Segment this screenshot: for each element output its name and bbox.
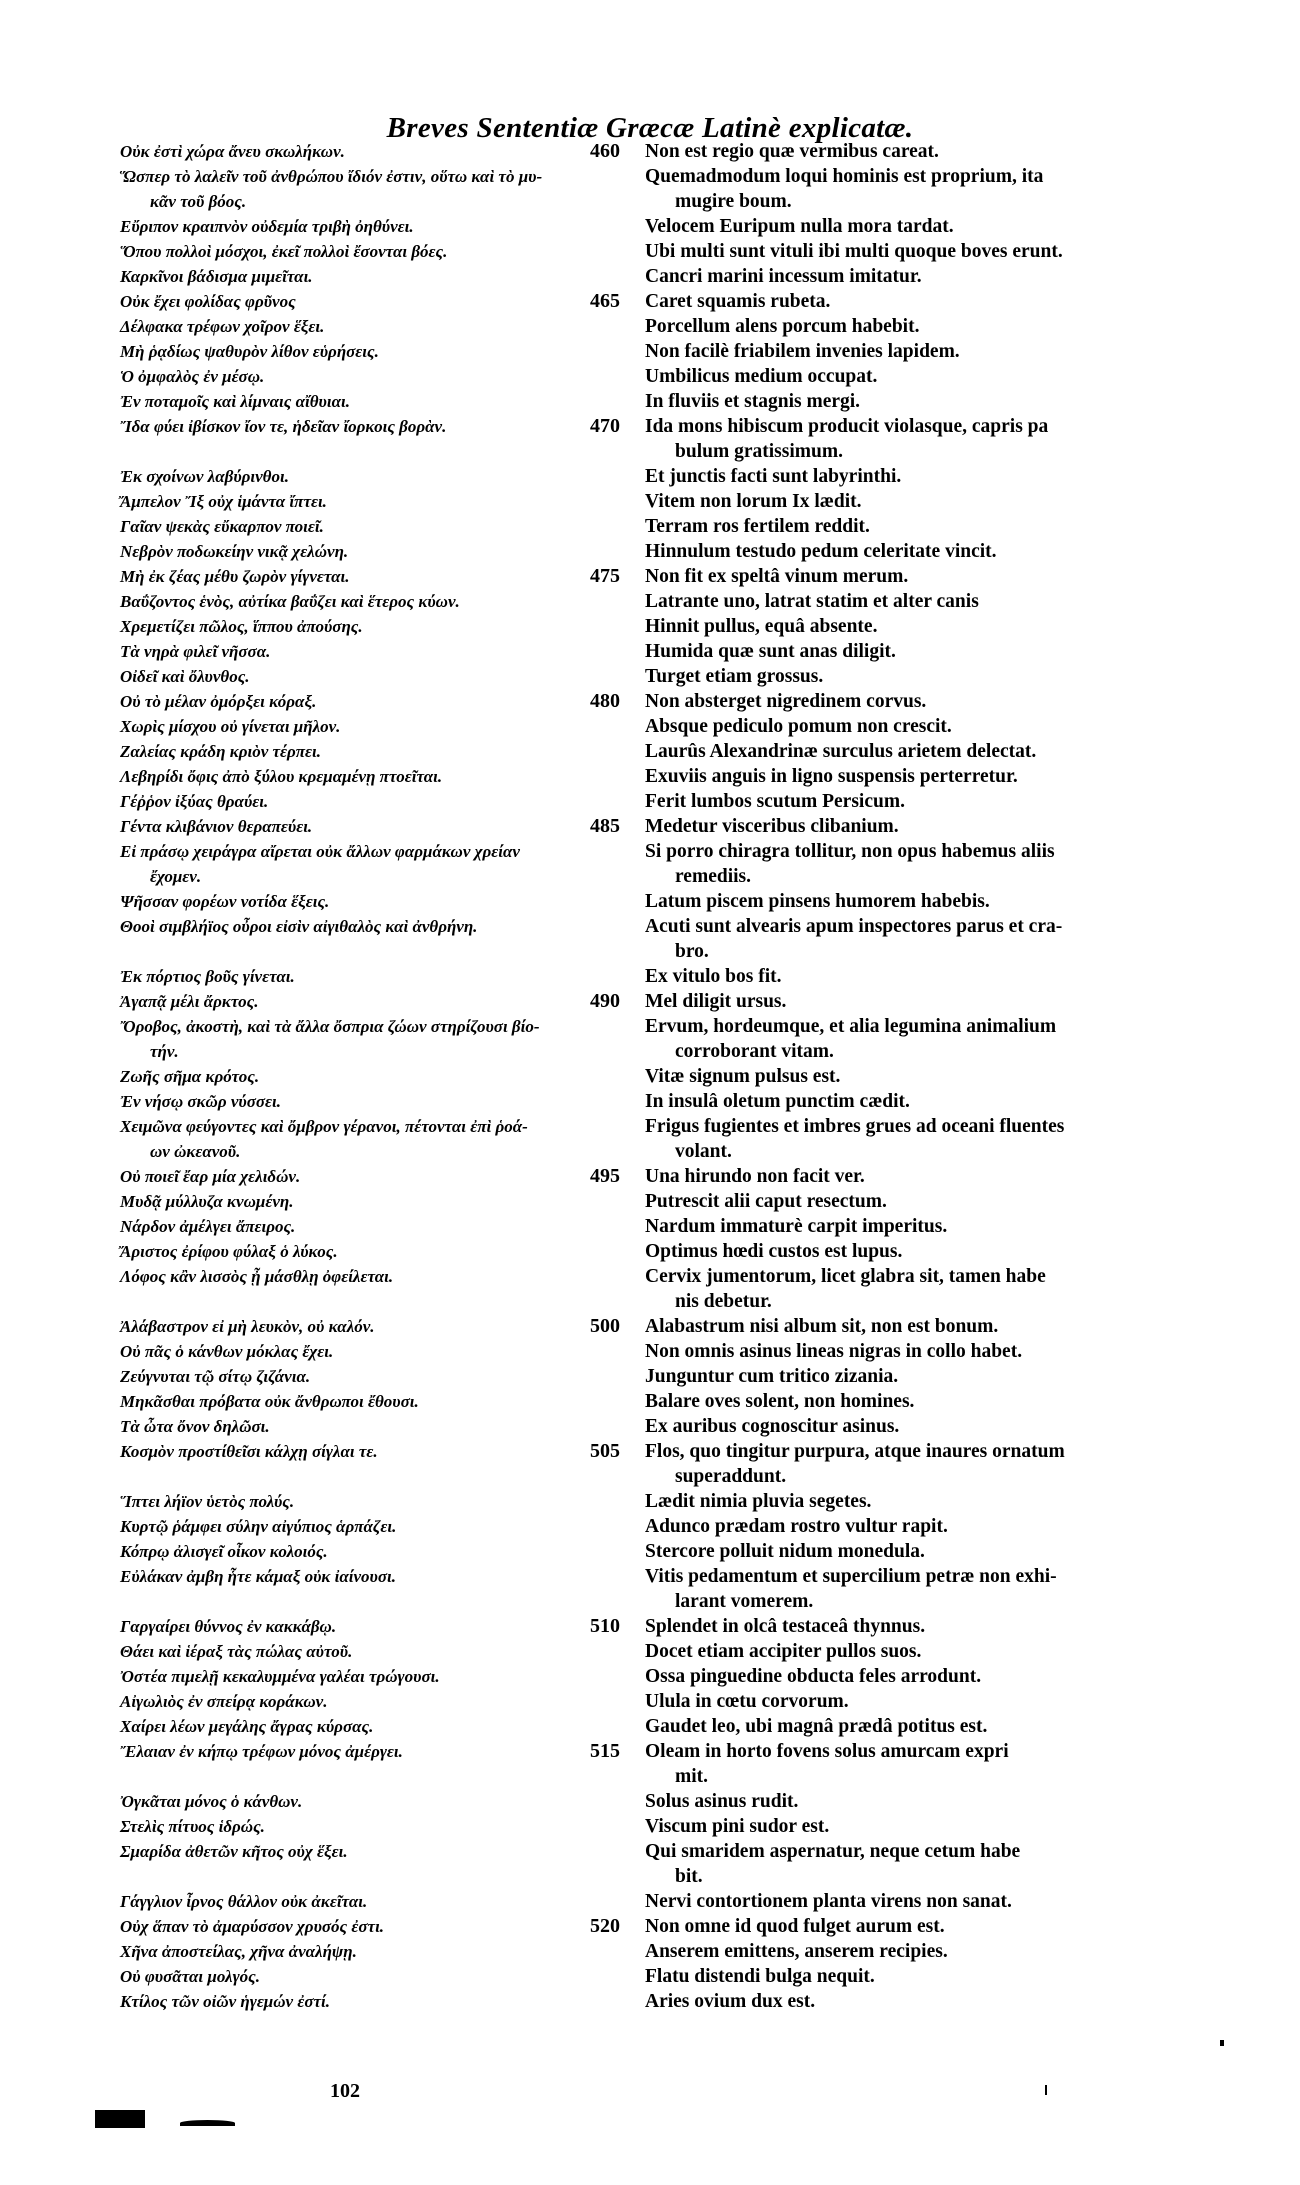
latin-text: superaddunt. [645,1464,1295,1489]
sentence-row: Ἵπτει λήϊον ὑετὸς πολύς.Lædit nimia pluv… [0,1489,1300,1514]
sentence-row: Γαργαίρει θύννος ἐν κακκάβῳ.510Splendet … [0,1614,1300,1639]
latin-text: Non omne id quod fulget aurum est. [645,1914,1265,1939]
greek-text: Ὄροβος, ἀκοστὴ, καὶ τὰ ἄλλα ὄσπρια ζώων … [120,1014,600,1039]
greek-text: Θοοὶ σιμβλήϊος οὖροι εἰσὶν αἰγιθαλὸς καὶ… [120,914,600,939]
line-number: 505 [560,1439,620,1464]
sentence-row: Οὐ τὸ μέλαν ὀμόρξει κόραξ.480Non absterg… [0,689,1300,714]
greek-text: Ἐκ σχοίνων λαβύρινθοι. [120,464,600,489]
greek-text: Χαίρει λέων μεγάλης ἄγρας κύρσας. [120,1714,600,1739]
latin-text: Nardum immaturè carpit imperitus. [645,1214,1265,1239]
latin-text: mugire boum. [645,189,1295,214]
greek-text: Οὐ ποιεῖ ἔαρ μία χελιδών. [120,1164,600,1189]
greek-text: Νάρδον ἀμέλγει ἄπειρος. [120,1214,600,1239]
latin-text: Turget etiam grossus. [645,664,1265,689]
latin-text: Una hirundo non facit ver. [645,1164,1265,1189]
latin-text: Non absterget nigredinem corvus. [645,689,1265,714]
sentence-row: Ζαλείας κράδη κριὸν τέρπει.Laurûs Alexan… [0,739,1300,764]
greek-text: Κόπρῳ ἀλισγεῖ οἶκον κολοιός. [120,1539,600,1564]
scan-artifact [180,2120,235,2126]
greek-text: Κοσμὸν προστίθεῖσι κάλχῃ σίγλαι τε. [120,1439,600,1464]
sentence-row: Μὴ ῥᾳδίως ψαθυρὸν λίθον εὑρήσεις.Non fac… [0,339,1300,364]
latin-text: Humida quæ sunt anas diligit. [645,639,1265,664]
latin-text: bulum gratissimum. [645,439,1295,464]
greek-text: Ἔλαιαν ἐν κήπῳ τρέφων μόνος ἀμέργει. [120,1739,600,1764]
latin-text: Quemadmodum loqui hominis est proprium, … [645,164,1265,189]
sentence-row: Στελὶς πίτυος ἱδρώς.Viscum pini sudor es… [0,1814,1300,1839]
latin-text: Umbilicus medium occupat. [645,364,1265,389]
scan-artifact [95,2110,145,2128]
greek-text: Ζεύγνυται τῷ σίτῳ ζιζάνια. [120,1364,600,1389]
greek-text: Χῆνα ἀποστείλας, χῆνα ἀναλήψῃ. [120,1939,600,1964]
latin-text: larant vomerem. [645,1589,1295,1614]
latin-text: Si porro chiragra tollitur, non opus hab… [645,839,1265,864]
greek-text: Θάει καὶ ἱέραξ τὰς πώλας αὐτοῦ. [120,1639,600,1664]
latin-text: In insulâ oletum punctim cædit. [645,1089,1265,1114]
greek-text: Αἰγωλιὸς ἐν σπείρᾳ κοράκων. [120,1689,600,1714]
sentence-row: Βαΰζοντος ἑνὸς, αὐτίκα βαΰζει καὶ ἕτερος… [0,589,1300,614]
latin-text: Vitis pedamentum et supercilium petræ no… [645,1564,1265,1589]
greek-text: Οὐ πᾶς ὁ κάνθων μόκλας ἔχει. [120,1339,600,1364]
latin-text: Latum piscem pinsens humorem habebis. [645,889,1265,914]
sentence-row: Ζωῆς σῆμα κρότος.Vitæ signum pulsus est. [0,1064,1300,1089]
latin-text: Absque pediculo pomum non crescit. [645,714,1265,739]
sentence-row: Οὐκ ἐστὶ χώρα ἄνευ σκωλήκων.460Non est r… [0,139,1300,164]
greek-text: Ἵπτει λήϊον ὑετὸς πολύς. [120,1489,600,1514]
greek-text: κᾶν τοῦ βόος. [120,189,630,214]
sentence-row: Οἰδεῖ καὶ ὄλυνθος.Turget etiam grossus. [0,664,1300,689]
sentence-row: bit. [0,1864,1300,1889]
greek-text: Ἐκ πόρτιος βοῦς γίνεται. [120,964,600,989]
greek-text: Καρκῖνοι βάδισμα μιμεῖται. [120,264,600,289]
sentence-row: Λεβηρίδι ὄφις ἀπὸ ξύλου κρεμαμένῃ πτοεῖτ… [0,764,1300,789]
sentence-row: Ὀστέα πιμελῇ κεκαλυμμένα γαλέαι τρώγουσι… [0,1664,1300,1689]
sentence-row: Χωρὶς μίσχου οὐ γίνεται μῆλον.Absque ped… [0,714,1300,739]
greek-text: Χειμῶνα φεύγοντες καὶ ὄμβρον γέρανοι, πέ… [120,1114,600,1139]
latin-text: Adunco prædam rostro vultur rapit. [645,1514,1265,1539]
latin-text: Et junctis facti sunt labyrinthi. [645,464,1265,489]
sentence-row: Ἔλαιαν ἐν κήπῳ τρέφων μόνος ἀμέργει.515O… [0,1739,1300,1764]
sentence-row: Ἐκ πόρτιος βοῦς γίνεται.Ex vitulo bos fi… [0,964,1300,989]
greek-text: Τὰ ὦτα ὄνον δηλῶσι. [120,1414,600,1439]
greek-text: Μηκᾶσθαι πρόβατα οὐκ ἄνθρωποι ἔθουσι. [120,1389,600,1414]
greek-text: Ζαλείας κράδη κριὸν τέρπει. [120,739,600,764]
sentence-row: Οὐχ ἅπαν τὸ ἀμαρύσσον χρυσός ἐστι.520Non… [0,1914,1300,1939]
latin-text: Ervum, hordeumque, et alia legumina anim… [645,1014,1265,1039]
sentence-row: ἔχομεν.remediis. [0,864,1300,889]
sentence-row: mit. [0,1764,1300,1789]
line-number: 480 [560,689,620,714]
greek-text: Ἄριστος ἐρίφου φύλαξ ὁ λύκος. [120,1239,600,1264]
sentence-row: Γάγγλιον ἶρνος θάλλον οὐκ ἀκεῖται.Nervi … [0,1889,1300,1914]
greek-text: ων ὠκεανοῦ. [120,1139,630,1164]
sentence-row: Νεβρὸν ποδωκείην νικᾷ χελώνη.Hinnulum te… [0,539,1300,564]
latin-text: Ossa pinguedine obducta feles arrodunt. [645,1664,1265,1689]
latin-text: Optimus hœdi custos est lupus. [645,1239,1265,1264]
sentence-row: Λόφος κἂν λισσὸς ᾖ μάσθλῃ ὀφείλεται.Cerv… [0,1264,1300,1289]
latin-text: Flos, quo tingitur purpura, atque inaure… [645,1439,1265,1464]
sentence-row: Οὐ ποιεῖ ἔαρ μία χελιδών.495Una hirundo … [0,1164,1300,1189]
greek-text: Μὴ ἐκ ζέας μέθυ ζωρὸν γίγνεται. [120,564,600,589]
greek-text: Ὀστέα πιμελῇ κεκαλυμμένα γαλέαι τρώγουσι… [120,1664,600,1689]
sentence-row: Χῆνα ἀποστείλας, χῆνα ἀναλήψῃ.Anserem em… [0,1939,1300,1964]
line-number: 485 [560,814,620,839]
sentence-row: τήν.corroborant vitam. [0,1039,1300,1064]
latin-text: Porcellum alens porcum habebit. [645,314,1265,339]
latin-text: bit. [645,1864,1295,1889]
line-number: 520 [560,1914,620,1939]
sentence-row: Γέντα κλιβάνιον θεραπεύει.485Medetur vis… [0,814,1300,839]
latin-text: Acuti sunt alvearis apum inspectores par… [645,914,1265,939]
latin-text: Cervix jumentorum, licet glabra sit, tam… [645,1264,1265,1289]
line-number: 490 [560,989,620,1014]
sentence-row: Ζεύγνυται τῷ σίτῳ ζιζάνια.Junguntur cum … [0,1364,1300,1389]
greek-text: Ὅπου πολλοὶ μόσχοι, ἐκεῖ πολλοὶ ἔσονται … [120,239,600,264]
greek-text: Δέλφακα τρέφων χοῖρον ἕξει. [120,314,600,339]
greek-text: Ψῆσσαν φορέων νοτίδα ἕξεις. [120,889,600,914]
greek-text: Ὀγκᾶται μόνος ὁ κάνθων. [120,1789,600,1814]
sentence-row: Θάει καὶ ἱέραξ τὰς πώλας αὐτοῦ.Docet eti… [0,1639,1300,1664]
greek-text: Οὐκ ἐστὶ χώρα ἄνευ σκωλήκων. [120,139,600,164]
greek-text: Ζωῆς σῆμα κρότος. [120,1064,600,1089]
greek-text: Κτίλος τῶν οἰῶν ἡγεμών ἐστί. [120,1989,600,2014]
latin-text: Putrescit alii caput resectum. [645,1189,1265,1214]
sentence-row: ων ὠκεανοῦ.volant. [0,1139,1300,1164]
latin-text: Balare oves solent, non homines. [645,1389,1265,1414]
greek-text: Ἀλάβαστρον εἰ μὴ λευκὸν, οὐ καλόν. [120,1314,600,1339]
latin-text: Ex auribus cognoscitur asinus. [645,1414,1265,1439]
sentence-row: Ὀγκᾶται μόνος ὁ κάνθων.Solus asinus rudi… [0,1789,1300,1814]
sentence-row: Τὰ νηρὰ φιλεῖ νῆσσα.Humida quæ sunt anas… [0,639,1300,664]
greek-text: Λεβηρίδι ὄφις ἀπὸ ξύλου κρεμαμένῃ πτοεῖτ… [120,764,600,789]
sentence-row: Ὄροβος, ἀκοστὴ, καὶ τὰ ἄλλα ὄσπρια ζώων … [0,1014,1300,1039]
greek-text: Ὁ ὀμφαλὸς ἐν μέσῳ. [120,364,600,389]
latin-text: Flatu distendi bulga nequit. [645,1964,1265,1989]
latin-text: Junguntur cum tritico zizania. [645,1364,1265,1389]
latin-text: Non fit ex speltâ vinum merum. [645,564,1265,589]
greek-text: Χωρὶς μίσχου οὐ γίνεται μῆλον. [120,714,600,739]
latin-text: Splendet in olcâ testaceâ thynnus. [645,1614,1265,1639]
greek-text: Γαῖαν ψεκὰς εὔκαρπον ποιεῖ. [120,514,600,539]
greek-text: Εὐλάκαν ἀμβη ἧτε κάμαξ οὐκ ἰαίνουσι. [120,1564,600,1589]
latin-text: Stercore polluit nidum monedula. [645,1539,1265,1564]
sentence-row: Σμαρίδα ἀθετῶν κῆτος οὐχ ἕξει.Qui smarid… [0,1839,1300,1864]
latin-text: Non est regio quæ vermibus careat. [645,139,1265,164]
sentence-row: Ἐν νήσῳ σκῶρ νύσσει.In insulâ oletum pun… [0,1089,1300,1114]
sentence-row: Τὰ ὦτα ὄνον δηλῶσι.Ex auribus cognoscitu… [0,1414,1300,1439]
sentence-row: Γέῤῥον ἰξύας θραύει.Ferit lumbos scutum … [0,789,1300,814]
sentence-row: Οὐ φυσᾶται μολγός.Flatu distendi bulga n… [0,1964,1300,1989]
greek-text: Νεβρὸν ποδωκείην νικᾷ χελώνη. [120,539,600,564]
scan-artifact [1045,2085,1047,2095]
latin-text: Medetur visceribus clibanium. [645,814,1265,839]
latin-text: Gaudet leo, ubi magnâ prædâ potitus est. [645,1714,1265,1739]
latin-text: mit. [645,1764,1295,1789]
sentence-row: Χειμῶνα φεύγοντες καὶ ὄμβρον γέρανοι, πέ… [0,1114,1300,1139]
latin-text: Docet etiam accipiter pullos suos. [645,1639,1265,1664]
latin-text: Terram ros fertilem reddit. [645,514,1265,539]
greek-text: Γάγγλιον ἶρνος θάλλον οὐκ ἀκεῖται. [120,1889,600,1914]
sentence-row: Χρεμετίζει πῶλος, ἵππου ἀπούσης.Hinnit p… [0,614,1300,639]
greek-text: Εἰ πράσῳ χειράγρα αἴρεται οὐκ ἄλλων φαρμ… [120,839,600,864]
greek-text: Οὐκ ἔχει φολίδας φρῦνος [120,289,600,314]
greek-text: Εὔριπον κραιπνὸν οὐδεμία τριβὴ ὀηθύνει. [120,214,600,239]
line-number: 470 [560,414,620,439]
sentence-row: Κυρτῷ ῥάμφει σύλην αἰγύπιος ἁρπάζει.Adun… [0,1514,1300,1539]
sentence-row: Μυδᾷ μύλλυζα κνωμένη.Putrescit alii capu… [0,1189,1300,1214]
latin-text: Caret squamis rubeta. [645,289,1265,314]
latin-text: Alabastrum nisi album sit, non est bonum… [645,1314,1265,1339]
scan-artifact [1220,2040,1224,2046]
latin-text: Viscum pini sudor est. [645,1814,1265,1839]
greek-text: Χρεμετίζει πῶλος, ἵππου ἀπούσης. [120,614,600,639]
latin-text: Hinnulum testudo pedum celeritate vincit… [645,539,1265,564]
sentence-row: Κτίλος τῶν οἰῶν ἡγεμών ἐστί.Aries ovium … [0,1989,1300,2014]
sentence-row: Ψῆσσαν φορέων νοτίδα ἕξεις.Latum piscem … [0,889,1300,914]
greek-text: Μὴ ῥᾳδίως ψαθυρὸν λίθον εὑρήσεις. [120,339,600,364]
greek-text: Τὰ νηρὰ φιλεῖ νῆσσα. [120,639,600,664]
sentence-row: Μὴ ἐκ ζέας μέθυ ζωρὸν γίγνεται.475Non fi… [0,564,1300,589]
greek-text: Γαργαίρει θύννος ἐν κακκάβῳ. [120,1614,600,1639]
sentence-row: Εἰ πράσῳ χειράγρα αἴρεται οὐκ ἄλλων φαρμ… [0,839,1300,864]
sentence-row: Εὔριπον κραιπνὸν οὐδεμία τριβὴ ὀηθύνει.V… [0,214,1300,239]
greek-text: τήν. [120,1039,630,1064]
greek-text: Μυδᾷ μύλλυζα κνωμένη. [120,1189,600,1214]
line-number: 500 [560,1314,620,1339]
line-number: 495 [560,1164,620,1189]
latin-text: Aries ovium dux est. [645,1989,1265,2014]
greek-text: Οὐ τὸ μέλαν ὀμόρξει κόραξ. [120,689,600,714]
greek-text: Γέντα κλιβάνιον θεραπεύει. [120,814,600,839]
greek-text: Οὐ φυσᾶται μολγός. [120,1964,600,1989]
line-number: 465 [560,289,620,314]
latin-text: Ubi multi sunt vituli ibi multi quoque b… [645,239,1265,264]
sentence-row: Ἀλάβαστρον εἰ μὴ λευκὸν, οὐ καλόν.500Ala… [0,1314,1300,1339]
sentence-row: Ἐκ σχοίνων λαβύρινθοι.Et junctis facti s… [0,464,1300,489]
latin-text: volant. [645,1139,1295,1164]
latin-text: Ex vitulo bos fit. [645,964,1265,989]
sentence-row: bro. [0,939,1300,964]
latin-text: Cancri marini incessum imitatur. [645,264,1265,289]
book-page: Breves Sententiæ Græcæ Latinè explicatæ.… [0,0,1300,2185]
greek-text: Οὐχ ἅπαν τὸ ἀμαρύσσον χρυσός ἐστι. [120,1914,600,1939]
sentence-row: κᾶν τοῦ βόος.mugire boum. [0,189,1300,214]
sentence-row: Κόπρῳ ἀλισγεῖ οἶκον κολοιός.Stercore pol… [0,1539,1300,1564]
greek-text: Ἴδα φύει ἰβίσκον ἴον τε, ἡδεῖαν ἴορκοις … [120,414,600,439]
sentence-row: Γαῖαν ψεκὰς εὔκαρπον ποιεῖ.Terram ros fe… [0,514,1300,539]
latin-text: nis debetur. [645,1289,1295,1314]
sentence-row: Ὁ ὀμφαλὸς ἐν μέσῳ.Umbilicus medium occup… [0,364,1300,389]
latin-text: Ferit lumbos scutum Persicum. [645,789,1265,814]
latin-text: Laurûs Alexandrinæ surculus arietem dele… [645,739,1265,764]
latin-text: remediis. [645,864,1295,889]
latin-text: Mel diligit ursus. [645,989,1265,1014]
sentence-row: bulum gratissimum. [0,439,1300,464]
latin-text: Vitem non lorum Ix lædit. [645,489,1265,514]
sentence-row: Νάρδον ἀμέλγει ἄπειρος.Nardum immaturè c… [0,1214,1300,1239]
line-number: 510 [560,1614,620,1639]
greek-text: Βαΰζοντος ἑνὸς, αὐτίκα βαΰζει καὶ ἕτερος… [120,589,600,614]
latin-text: bro. [645,939,1295,964]
sentence-row: Ὅπου πολλοὶ μόσχοι, ἐκεῖ πολλοὶ ἔσονται … [0,239,1300,264]
sentence-row: Κοσμὸν προστίθεῖσι κάλχῃ σίγλαι τε.505Fl… [0,1439,1300,1464]
sentence-row: Καρκῖνοι βάδισμα μιμεῖται.Cancri marini … [0,264,1300,289]
latin-text: Solus asinus rudit. [645,1789,1265,1814]
sentence-row: Ἴδα φύει ἰβίσκον ἴον τε, ἡδεῖαν ἴορκοις … [0,414,1300,439]
greek-text: ἔχομεν. [120,864,630,889]
sentence-row: Ἄριστος ἐρίφου φύλαξ ὁ λύκος.Optimus hœd… [0,1239,1300,1264]
sentence-row: Εὐλάκαν ἀμβη ἧτε κάμαξ οὐκ ἰαίνουσι.Viti… [0,1564,1300,1589]
sentence-row: Δέλφακα τρέφων χοῖρον ἕξει.Porcellum ale… [0,314,1300,339]
greek-text: Γέῤῥον ἰξύας θραύει. [120,789,600,814]
latin-text: Ulula in cœtu corvorum. [645,1689,1265,1714]
greek-text: Ἄμπελον Ἴξ οὐχ ἱμάντα ἴπτει. [120,489,600,514]
latin-text: Vitæ signum pulsus est. [645,1064,1265,1089]
greek-text: Κυρτῷ ῥάμφει σύλην αἰγύπιος ἁρπάζει. [120,1514,600,1539]
latin-text: Non omnis asinus lineas nigras in collo … [645,1339,1265,1364]
greek-text: Ἀγαπᾷ μέλι ἄρκτος. [120,989,600,1014]
sentence-row: Αἰγωλιὸς ἐν σπείρᾳ κοράκων.Ulula in cœtu… [0,1689,1300,1714]
latin-text: Lædit nimia pluvia segetes. [645,1489,1265,1514]
latin-text: Exuviis anguis in ligno suspensis perter… [645,764,1265,789]
latin-text: Hinnit pullus, equâ absente. [645,614,1265,639]
line-number: 515 [560,1739,620,1764]
sentence-row: superaddunt. [0,1464,1300,1489]
latin-text: corroborant vitam. [645,1039,1295,1064]
greek-text: Λόφος κἂν λισσὸς ᾖ μάσθλῃ ὀφείλεται. [120,1264,600,1289]
latin-text: Non facilè friabilem invenies lapidem. [645,339,1265,364]
line-number: 475 [560,564,620,589]
sentence-row: larant vomerem. [0,1589,1300,1614]
latin-text: Oleam in horto fovens solus amurcam expr… [645,1739,1265,1764]
greek-text: Σμαρίδα ἀθετῶν κῆτος οὐχ ἕξει. [120,1839,600,1864]
sentence-row: Θοοὶ σιμβλήϊος οὖροι εἰσὶν αἰγιθαλὸς καὶ… [0,914,1300,939]
line-number: 460 [560,139,620,164]
sentence-row: Οὐκ ἔχει φολίδας φρῦνος465Caret squamis … [0,289,1300,314]
latin-text: Anserem emittens, anserem recipies. [645,1939,1265,1964]
sentence-row: Χαίρει λέων μεγάλης ἄγρας κύρσας.Gaudet … [0,1714,1300,1739]
sentence-row: Ἀγαπᾷ μέλι ἄρκτος.490Mel diligit ursus. [0,989,1300,1014]
latin-text: Qui smaridem aspernatur, neque cetum hab… [645,1839,1265,1864]
sentence-row: Μηκᾶσθαι πρόβατα οὐκ ἄνθρωποι ἔθουσι.Bal… [0,1389,1300,1414]
sentence-row: Οὐ πᾶς ὁ κάνθων μόκλας ἔχει.Non omnis as… [0,1339,1300,1364]
page-number: 102 [330,2080,360,2103]
latin-text: Velocem Euripum nulla mora tardat. [645,214,1265,239]
latin-text: Ida mons hibiscum producit violasque, ca… [645,414,1265,439]
latin-text: Nervi contortionem planta virens non san… [645,1889,1265,1914]
sentence-row: Ἐν ποταμοῖς καὶ λίμναις αἴθυιαι.In fluvi… [0,389,1300,414]
greek-text: Ἐν νήσῳ σκῶρ νύσσει. [120,1089,600,1114]
sentence-row: Ὥσπερ τὸ λαλεῖν τοῦ ἀνθρώπου ἴδιόν ἐστιν… [0,164,1300,189]
latin-text: Frigus fugientes et imbres grues ad ocea… [645,1114,1265,1139]
latin-text: Latrante uno, latrat statim et alter can… [645,589,1265,614]
greek-text: Ὥσπερ τὸ λαλεῖν τοῦ ἀνθρώπου ἴδιόν ἐστιν… [120,164,600,189]
latin-text: In fluviis et stagnis mergi. [645,389,1265,414]
sentence-row: nis debetur. [0,1289,1300,1314]
sentence-row: Ἄμπελον Ἴξ οὐχ ἱμάντα ἴπτει.Vitem non lo… [0,489,1300,514]
greek-text: Οἰδεῖ καὶ ὄλυνθος. [120,664,600,689]
greek-text: Ἐν ποταμοῖς καὶ λίμναις αἴθυιαι. [120,389,600,414]
greek-text: Στελὶς πίτυος ἱδρώς. [120,1814,600,1839]
